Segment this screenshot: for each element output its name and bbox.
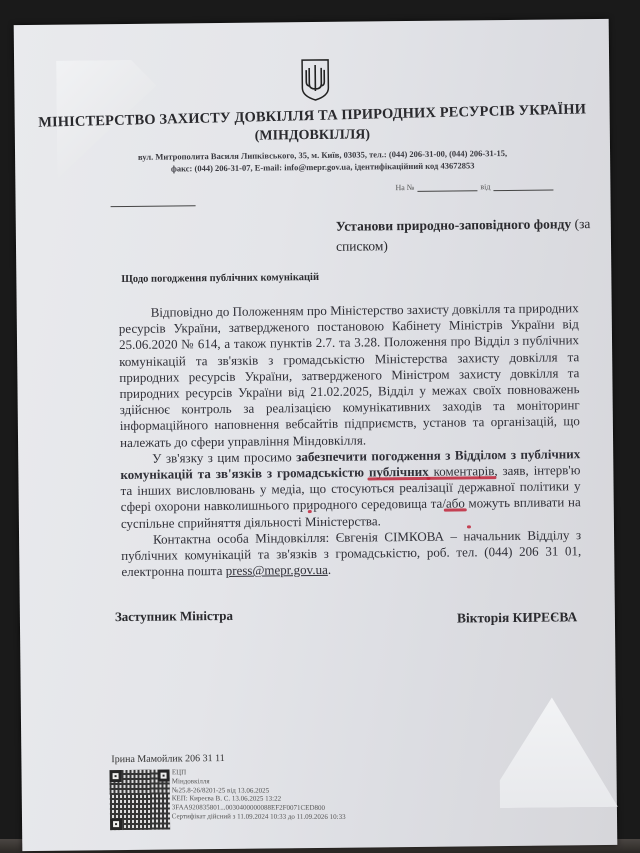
addressee: Установи природно-заповідного фонду (за …	[336, 214, 611, 257]
ref-date-label: від	[480, 182, 490, 191]
folded-corner-bottom-right	[499, 697, 618, 808]
signatory-name: Вікторія КИРЕЄВА	[457, 609, 577, 626]
paragraph-contact: Контактна особа Міндовкілля: Євгенія СІМ…	[121, 527, 581, 580]
highlighted-text: коментарів	[429, 463, 495, 479]
text: У зв'язку з цим просимо	[152, 449, 296, 466]
qr-finder	[157, 770, 169, 782]
qr-finder	[109, 770, 121, 782]
stamp-line: Міндовкілля	[172, 777, 346, 786]
stamp-line: Сертифікат дійсний з 11.09.2024 10:33 до…	[172, 812, 346, 821]
text: .	[328, 562, 331, 577]
ukraine-trident-icon	[300, 58, 330, 102]
paragraph-request: У зв'язку з цим просимо забезпечити пого…	[120, 446, 581, 532]
e-signature-stamp: ЕЦП Міндовкілля №25.8-26/8201-25 від 13.…	[172, 768, 346, 821]
reference-line: На № від	[395, 181, 556, 192]
signatory-role: Заступник Міністра	[115, 608, 233, 625]
letter-subject: Щодо погодження публічних комунікацій	[121, 272, 319, 285]
text: Контактна особа Міндовкілля: Євгенія СІМ…	[121, 527, 581, 579]
highlighted-text: або	[446, 496, 465, 511]
text: .	[378, 513, 381, 528]
paragraph-legal-basis: Відповідно до Положенням про Міністерств…	[119, 300, 581, 451]
outgoing-number-blank	[111, 205, 196, 207]
ministry-address: вул. Митрополита Василя Липківського, 35…	[75, 146, 570, 175]
text: природного середовища та/	[289, 496, 446, 513]
ref-date-blank	[493, 181, 553, 191]
qr-code	[109, 770, 170, 831]
addressee-name: Установи природно-заповідного фонду	[336, 216, 572, 233]
executor-contact: Ірина Мамойлик 206 31 11	[111, 753, 224, 765]
qr-finder	[110, 818, 122, 830]
highlighted-text: публічних	[369, 464, 429, 480]
ref-number-label: На №	[395, 183, 414, 192]
contact-email-link[interactable]: press@mepr.gov.ua	[226, 562, 328, 578]
letter-body: Відповідно до Положенням про Міністерств…	[119, 300, 582, 580]
letter-page: МІНІСТЕРСТВО ЗАХИСТУ ДОВКІЛЛЯ ТА ПРИРОДН…	[14, 19, 618, 851]
ref-number-blank	[417, 182, 477, 192]
